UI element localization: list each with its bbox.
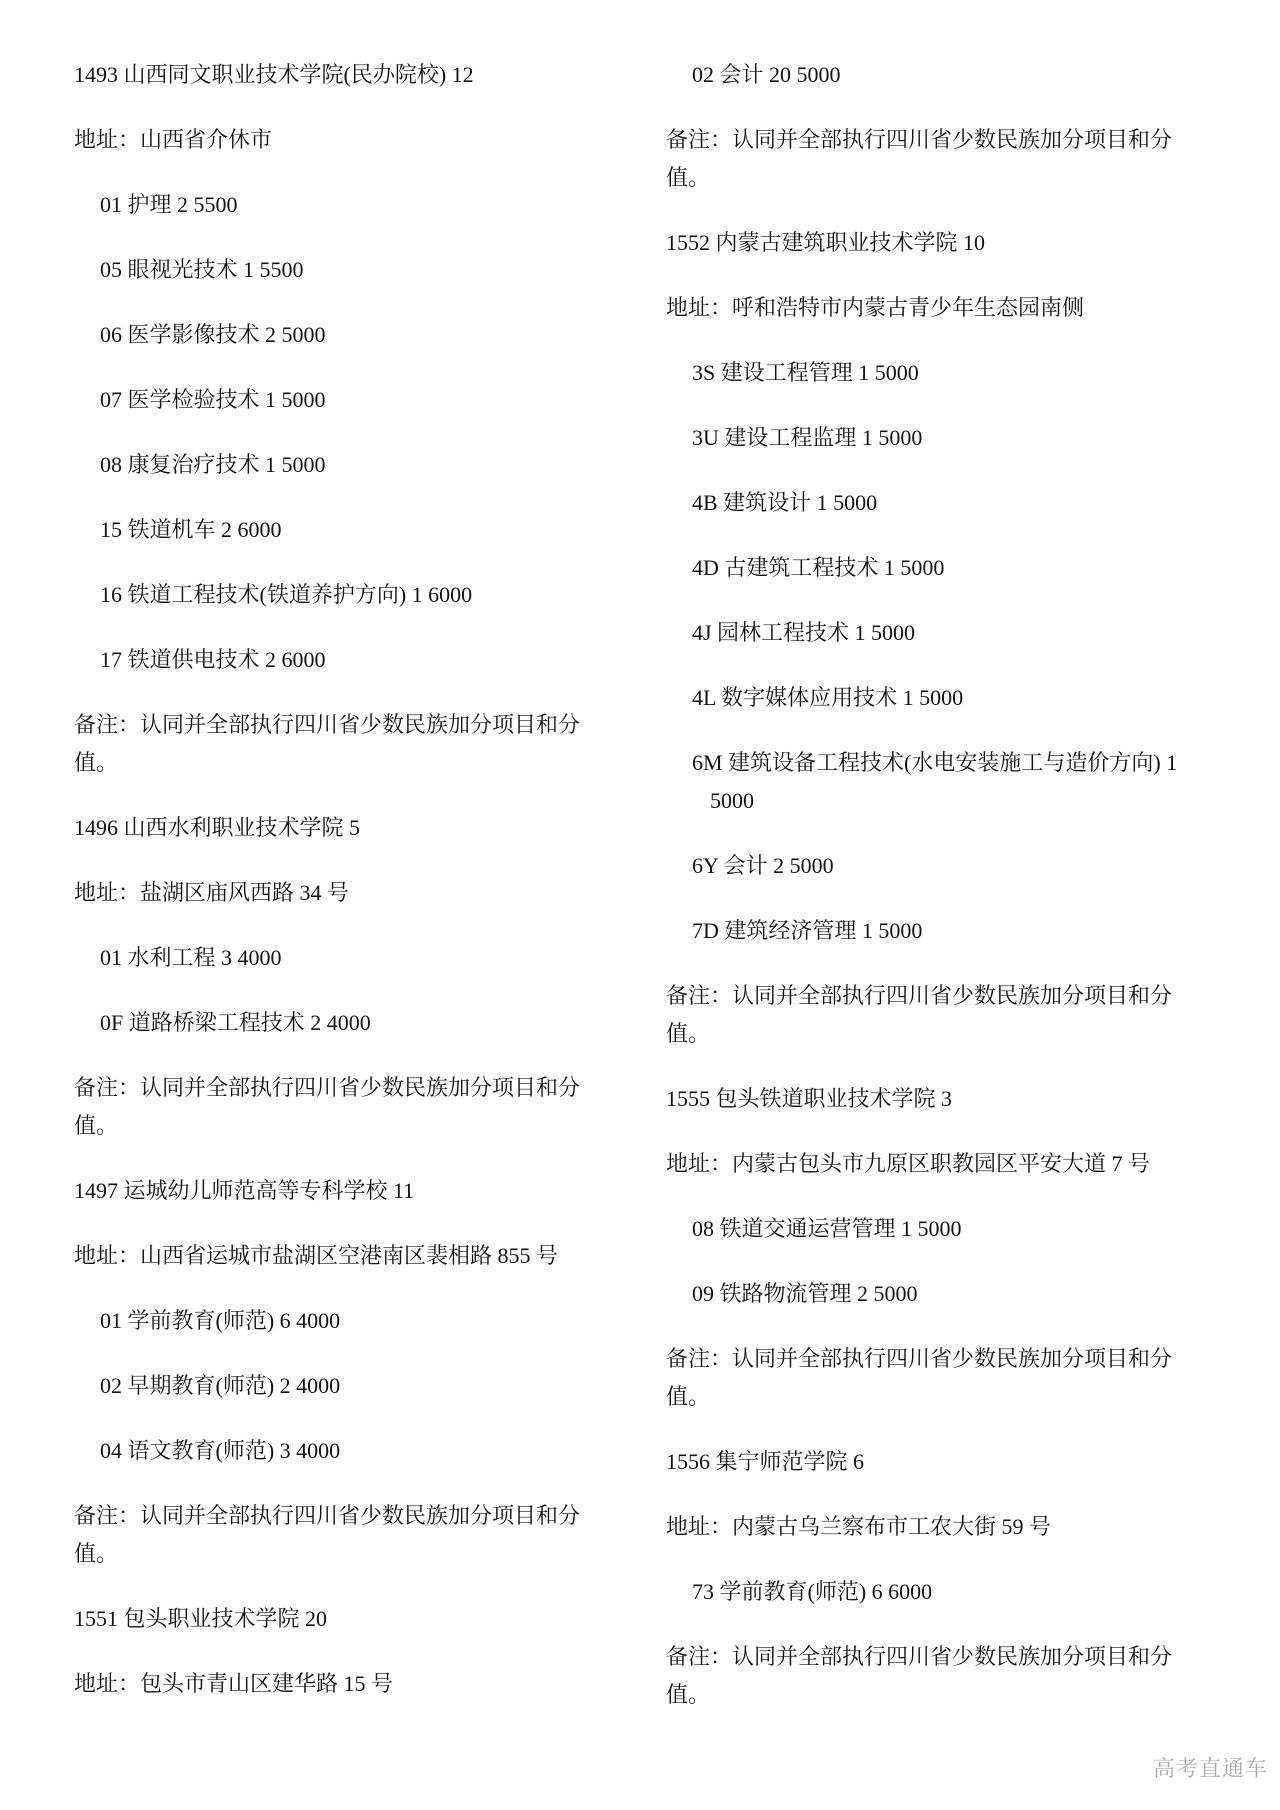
note-line: 备注：认同并全部执行四川省少数民族加分项目和分值。 xyxy=(666,121,1190,197)
school-line: 1555 包头铁道职业技术学院 3 xyxy=(666,1080,1190,1118)
program-line: 15 铁道机车 2 6000 xyxy=(74,511,598,549)
address-line: 地址：内蒙古乌兰察布市工农大街 59 号 xyxy=(666,1508,1190,1546)
address-line: 地址：呼和浩特市内蒙古青少年生态园南侧 xyxy=(666,289,1190,327)
program-line: 4J 园林工程技术 1 5000 xyxy=(666,614,1190,652)
program-line: 16 铁道工程技术(铁道养护方向) 1 6000 xyxy=(74,576,598,614)
note-line: 备注：认同并全部执行四川省少数民族加分项目和分值。 xyxy=(74,706,598,782)
program-line: 7D 建筑经济管理 1 5000 xyxy=(666,912,1190,950)
note-line: 备注：认同并全部执行四川省少数民族加分项目和分值。 xyxy=(74,1497,598,1573)
school-line: 1551 包头职业技术学院 20 xyxy=(74,1600,598,1638)
program-line: 06 医学影像技术 2 5000 xyxy=(74,316,598,354)
program-line: 08 铁道交通运营管理 1 5000 xyxy=(666,1210,1190,1248)
program-line: 01 学前教育(师范) 6 4000 xyxy=(74,1302,598,1340)
school-line: 1497 运城幼儿师范高等专科学校 11 xyxy=(74,1172,598,1210)
program-line: 17 铁道供电技术 2 6000 xyxy=(74,641,598,679)
document-page: 1493 山西同文职业技术学院(民办院校) 12地址：山西省介休市01 护理 2… xyxy=(0,0,1280,1810)
program-line: 0F 道路桥梁工程技术 2 4000 xyxy=(74,1004,598,1042)
program-line: 01 护理 2 5500 xyxy=(74,186,598,224)
school-line: 1496 山西水利职业技术学院 5 xyxy=(74,809,598,847)
program-line: 6M 建筑设备工程技术(水电安装施工与造价方向) 1 5000 xyxy=(666,744,1190,820)
program-line: 04 语文教育(师范) 3 4000 xyxy=(74,1432,598,1470)
left-column: 1493 山西同文职业技术学院(民办院校) 12地址：山西省介休市01 护理 2… xyxy=(74,56,598,1730)
program-line: 09 铁路物流管理 2 5000 xyxy=(666,1275,1190,1313)
program-line: 01 水利工程 3 4000 xyxy=(74,939,598,977)
address-line: 地址：内蒙古包头市九原区职教园区平安大道 7 号 xyxy=(666,1145,1190,1183)
address-line: 地址：山西省介休市 xyxy=(74,121,598,159)
right-column: 02 会计 20 5000备注：认同并全部执行四川省少数民族加分项目和分值。15… xyxy=(666,56,1190,1741)
program-line: 02 会计 20 5000 xyxy=(666,56,1190,94)
note-line: 备注：认同并全部执行四川省少数民族加分项目和分值。 xyxy=(666,977,1190,1053)
program-line: 08 康复治疗技术 1 5000 xyxy=(74,446,598,484)
note-line: 备注：认同并全部执行四川省少数民族加分项目和分值。 xyxy=(666,1340,1190,1416)
school-line: 1556 集宁师范学院 6 xyxy=(666,1443,1190,1481)
school-line: 1493 山西同文职业技术学院(民办院校) 12 xyxy=(74,56,598,94)
watermark: 高考直通车 xyxy=(1153,1756,1268,1782)
address-line: 地址：盐湖区庙风西路 34 号 xyxy=(74,874,598,912)
program-line: 07 医学检验技术 1 5000 xyxy=(74,381,598,419)
program-line: 6Y 会计 2 5000 xyxy=(666,847,1190,885)
program-line: 4B 建筑设计 1 5000 xyxy=(666,484,1190,522)
school-line: 1552 内蒙古建筑职业技术学院 10 xyxy=(666,224,1190,262)
address-line: 地址：包头市青山区建华路 15 号 xyxy=(74,1665,598,1703)
address-line: 地址：山西省运城市盐湖区空港南区裴相路 855 号 xyxy=(74,1237,598,1275)
program-line: 3S 建设工程管理 1 5000 xyxy=(666,354,1190,392)
program-line: 4D 古建筑工程技术 1 5000 xyxy=(666,549,1190,587)
program-line: 73 学前教育(师范) 6 6000 xyxy=(666,1573,1190,1611)
program-line: 4L 数字媒体应用技术 1 5000 xyxy=(666,679,1190,717)
note-line: 备注：认同并全部执行四川省少数民族加分项目和分值。 xyxy=(74,1069,598,1145)
program-line: 3U 建设工程监理 1 5000 xyxy=(666,419,1190,457)
note-line: 备注：认同并全部执行四川省少数民族加分项目和分值。 xyxy=(666,1638,1190,1714)
program-line: 02 早期教育(师范) 2 4000 xyxy=(74,1367,598,1405)
program-line: 05 眼视光技术 1 5500 xyxy=(74,251,598,289)
